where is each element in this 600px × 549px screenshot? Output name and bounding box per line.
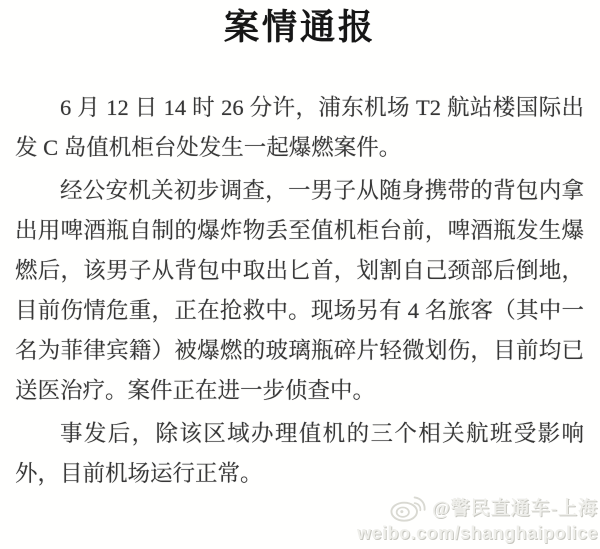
weibo-icon <box>389 488 427 524</box>
case-briefing-document: 案情通报 6 月 12 日 14 时 26 分许，浦东机场 T2 航站楼国际出发… <box>0 0 600 549</box>
document-body: 6 月 12 日 14 时 26 分许，浦东机场 T2 航站楼国际出发 C 岛值… <box>15 88 584 494</box>
watermark-url: weibo.com/shanghaipolice <box>357 523 598 544</box>
document-title: 案情通报 <box>0 0 600 51</box>
weibo-watermark: @警民直通车-上海 weibo.com/shanghaipolice <box>357 487 598 544</box>
watermark-handle-row: @警民直通车-上海 <box>357 487 598 525</box>
paragraph-incident-summary: 6 月 12 日 14 时 26 分许，浦东机场 T2 航站楼国际出发 C 岛值… <box>15 88 584 168</box>
paragraph-investigation-details: 经公安机关初步调查，一男子从随身携带的背包内拿出用啤酒瓶自制的爆炸物丢至值机柜台… <box>15 171 584 411</box>
watermark-account-handle: @警民直通车-上海 <box>432 493 598 520</box>
paragraph-airport-status: 事发后，除该区域办理值机的三个相关航班受影响外，目前机场运行正常。 <box>15 414 584 494</box>
